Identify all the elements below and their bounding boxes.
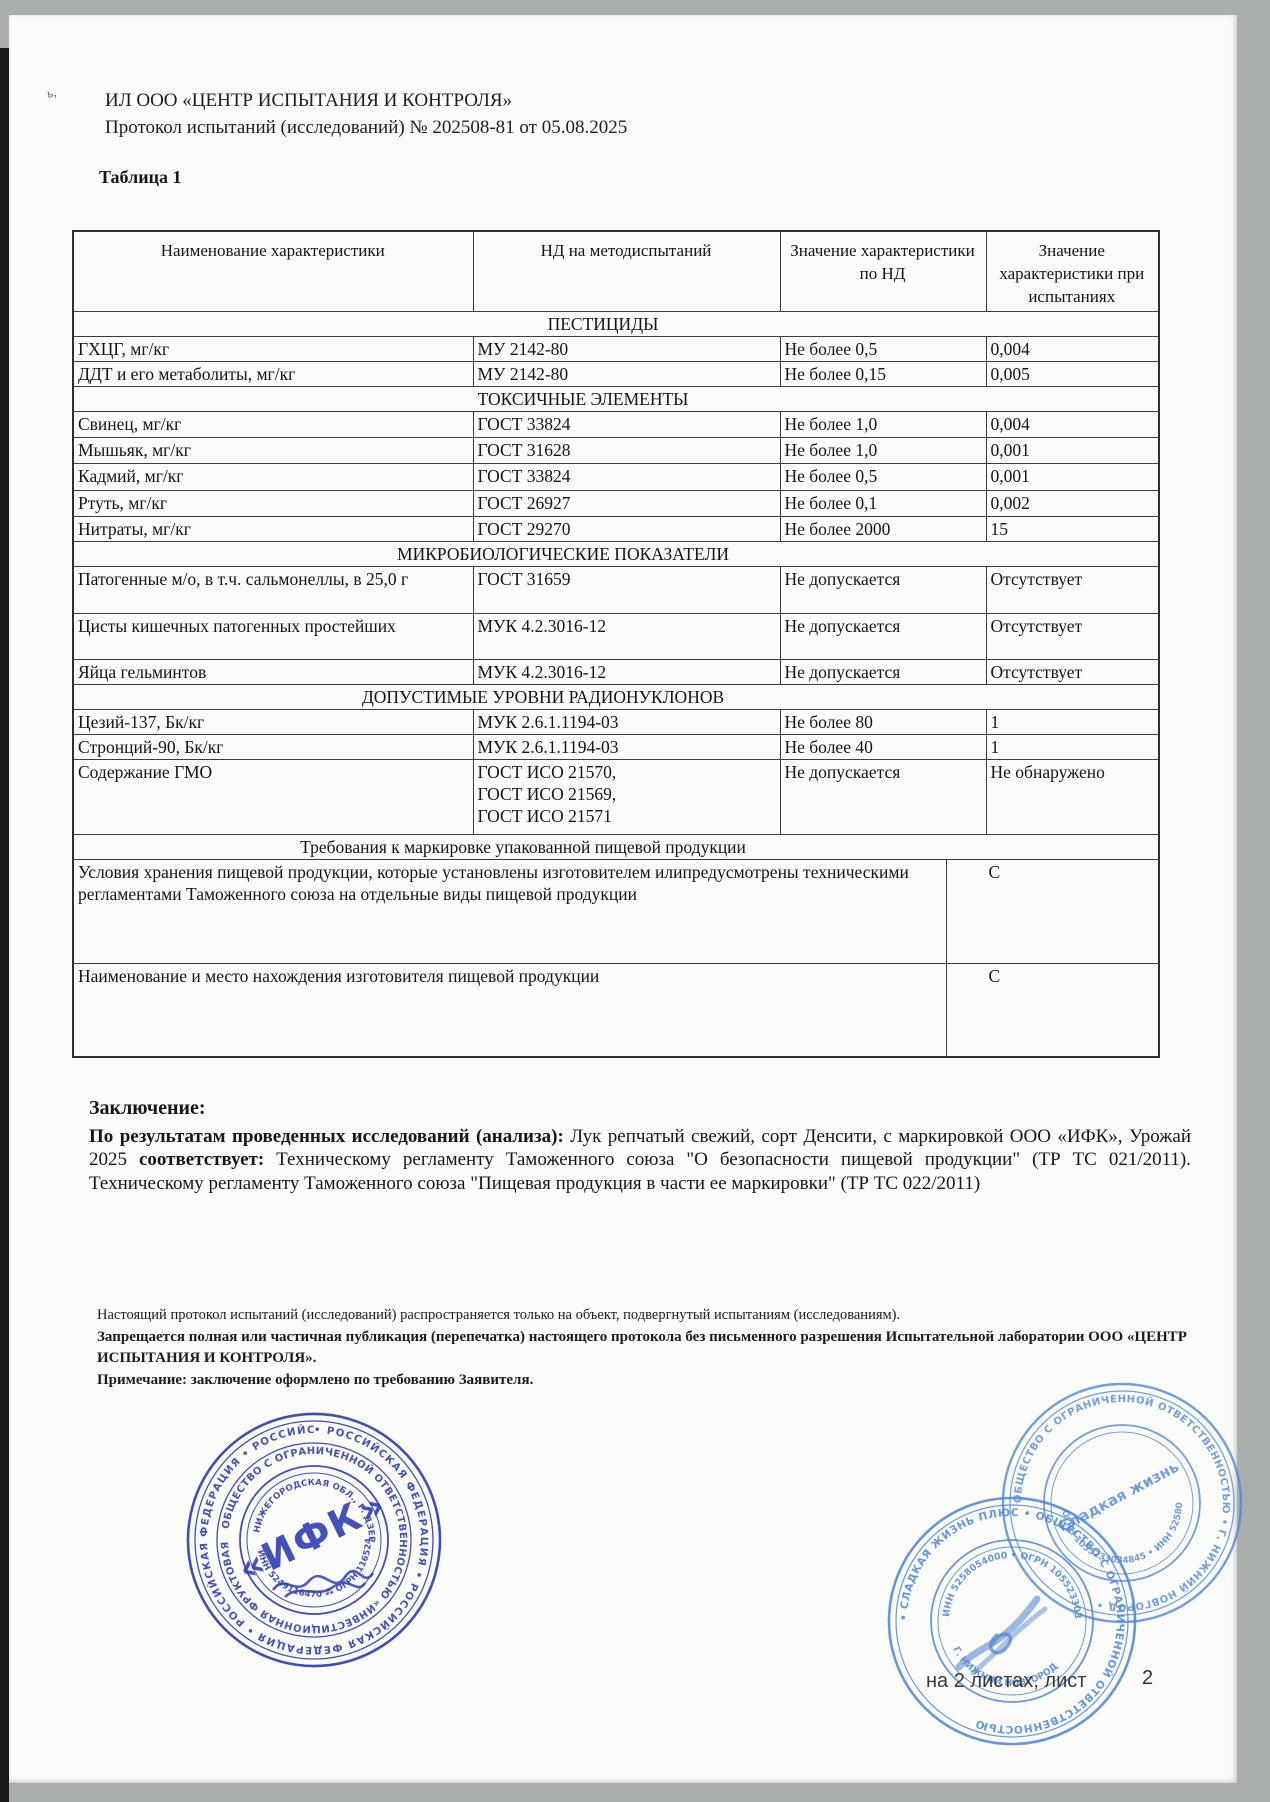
cell-result: 1	[986, 734, 1159, 759]
cell-norm: Не допускается	[780, 659, 986, 684]
cell-result: Не обнаружено	[986, 759, 1159, 834]
cell-name: Цисты кишечных патогенных простейших	[73, 613, 473, 659]
cell-method: ГОСТ 26927	[473, 490, 780, 516]
results-table-wrap: Наименование характеристики НД на методи…	[72, 230, 1160, 1058]
cell-method: ГОСТ 31659	[473, 566, 780, 613]
cell-norm: Не допускается	[780, 566, 986, 613]
sladkaya-zhizn-stamps: ОБЩЕСТВО С ОГРАНИЧЕННОЙ ОТВЕТСТВЕННОСТЬЮ…	[831, 1351, 1251, 1771]
cell-name: Нитраты, мг/кг	[73, 516, 473, 541]
cell-method: МУК 2.6.1.1194-03	[473, 709, 780, 734]
results-table: Наименование характеристики НД на методи…	[72, 230, 1160, 1058]
stamp-b-outer-circle	[889, 1498, 1135, 1744]
table-row: Мышьяк, мг/кг ГОСТ 31628 Не более 1,0 0,…	[73, 437, 1159, 463]
cell-norm: Не более 1,0	[780, 411, 986, 437]
cell-norm: Не более 40	[780, 734, 986, 759]
marking-row: Наименование и место нахождения изготови…	[73, 963, 1159, 1057]
marking-section-title: Требования к маркировке упакованной пище…	[73, 834, 1159, 859]
section-row: ДОПУСТИМЫЕ УРОВНИ РАДИОНУКЛОНОВ	[73, 684, 1159, 709]
cell-method: ГОСТ 29270	[473, 516, 780, 541]
stamp-a-center-text: Сладкая жизнь	[1056, 1458, 1182, 1537]
conclusion-verdict: соответствует:	[139, 1149, 264, 1170]
sheets-count-note: на 2 листах, лист	[926, 1670, 1086, 1693]
footer-note-1: Настоящий протокол испытаний (исследован…	[97, 1305, 1197, 1326]
section-row: Требования к маркировке упакованной пище…	[73, 834, 1159, 859]
cell-norm: Не более 0,5	[780, 463, 986, 490]
document-header: ИЛ ООО «ЦЕНТР ИСПЫТАНИЯ И КОНТРОЛЯ» Прот…	[105, 87, 1005, 141]
cell-norm: Не более 1,0	[780, 437, 986, 463]
cell-result: 0,001	[986, 437, 1159, 463]
section-row: ПЕСТИЦИДЫ	[73, 311, 1159, 336]
table-row: Ртуть, мг/кг ГОСТ 26927 Не более 0,1 0,0…	[73, 490, 1159, 516]
table-row: ДДТ и его метаболиты, мг/кг МУ 2142-80 Н…	[73, 361, 1159, 386]
cell-method: ГОСТ 33824	[473, 411, 780, 437]
cell-name: Ртуть, мг/кг	[73, 490, 473, 516]
cell-norm: Не более 0,5	[780, 336, 986, 361]
cell-result: 0,004	[986, 411, 1159, 437]
cell-method: МУК 4.2.3016-12	[473, 613, 780, 659]
scan-artifact-mark: ь,	[45, 84, 57, 102]
cell-norm: Не более 0,15	[780, 361, 986, 386]
cell-name: Стронций-90, Бк/кг	[73, 734, 473, 759]
table-row: Кадмий, мг/кг ГОСТ 33824 Не более 0,5 0,…	[73, 463, 1159, 490]
cell-method-multiline: ГОСТ ИСО 21570, ГОСТ ИСО 21569, ГОСТ ИСО…	[473, 759, 780, 834]
cell-norm: Не более 2000	[780, 516, 986, 541]
cell-norm: Не более 0,1	[780, 490, 986, 516]
document-page: ь, ИЛ ООО «ЦЕНТР ИСПЫТАНИЯ И КОНТРОЛЯ» П…	[9, 15, 1237, 1783]
conclusion-lead: По результатам проведенных исследований …	[89, 1126, 564, 1147]
col-header-result: Значение характеристики при испытаниях	[986, 231, 1159, 311]
marking-value: С	[946, 859, 1159, 963]
table-row: Свинец, мг/кг ГОСТ 33824 Не более 1,0 0,…	[73, 411, 1159, 437]
method-line: ГОСТ ИСО 21569,	[478, 783, 775, 805]
table-row: Стронций-90, Бк/кг МУК 2.6.1.1194-03 Не …	[73, 734, 1159, 759]
marking-text: Условия хранения пищевой продукции, кото…	[73, 859, 946, 963]
cell-result: 0,002	[986, 490, 1159, 516]
cell-result: 15	[986, 516, 1159, 541]
cell-name: Свинец, мг/кг	[73, 411, 473, 437]
table-row: Содержание ГМО ГОСТ ИСО 21570, ГОСТ ИСО …	[73, 759, 1159, 834]
cell-method: МУ 2142-80	[473, 361, 780, 386]
table-caption: Таблица 1	[99, 167, 181, 188]
table-row: ГХЦГ, мг/кг МУ 2142-80 Не более 0,5 0,00…	[73, 336, 1159, 361]
section-title: ДОПУСТИМЫЕ УРОВНИ РАДИОНУКЛОНОВ	[73, 684, 1159, 709]
scan-edge-strip	[0, 48, 9, 1802]
cell-result: Отсутствует	[986, 613, 1159, 659]
cell-name: Кадмий, мг/кг	[73, 463, 473, 490]
marking-row: Условия хранения пищевой продукции, кото…	[73, 859, 1159, 963]
marking-text: Наименование и место нахождения изготови…	[73, 963, 946, 1057]
cell-name: ДДТ и его метаболиты, мг/кг	[73, 361, 473, 386]
table-row: Нитраты, мг/кг ГОСТ 29270 Не более 2000 …	[73, 516, 1159, 541]
cell-method: ГОСТ 31628	[473, 437, 780, 463]
protocol-number-line: Протокол испытаний (исследований) № 2025…	[105, 114, 1005, 141]
page-number: 2	[1142, 1667, 1153, 1690]
cell-method: ГОСТ 33824	[473, 463, 780, 490]
col-header-method: НД на методиспытаний	[473, 231, 780, 311]
table-header-row: Наименование характеристики НД на методи…	[73, 231, 1159, 311]
table-row: Цезий-137, Бк/кг МУК 2.6.1.1194-03 Не бо…	[73, 709, 1159, 734]
cell-norm: Не допускается	[780, 759, 986, 834]
col-header-norm: Значение характеристики по НД	[780, 231, 986, 311]
cell-name: Цезий-137, Бк/кг	[73, 709, 473, 734]
cell-norm: Не допускается	[780, 613, 986, 659]
stamp-b-ring-text: • СЛАДКАЯ ЖИЗНЬ ПЛЮС • ОБЩЕСТВО С ОГРАНИ…	[898, 1507, 1126, 1735]
cell-result: Отсутствует	[986, 659, 1159, 684]
cell-result: 0,001	[986, 463, 1159, 490]
lab-name: ИЛ ООО «ЦЕНТР ИСПЫТАНИЯ И КОНТРОЛЯ»	[105, 87, 1005, 114]
cell-name: Мышьяк, мг/кг	[73, 437, 473, 463]
method-line: ГОСТ ИСО 21570,	[478, 761, 775, 783]
cell-name: Яйца гельминтов	[73, 659, 473, 684]
cell-result: 0,005	[986, 361, 1159, 386]
table-row: Яйца гельминтов МУК 4.2.3016-12 Не допус…	[73, 659, 1159, 684]
section-title: МИКРОБИОЛОГИЧЕСКИЕ ПОКАЗАТЕЛИ	[73, 541, 1159, 566]
marking-value: С	[946, 963, 1159, 1057]
col-header-name: Наименование характеристики	[73, 231, 473, 311]
cell-result: Отсутствует	[986, 566, 1159, 613]
section-row: МИКРОБИОЛОГИЧЕСКИЕ ПОКАЗАТЕЛИ	[73, 541, 1159, 566]
cell-method: МУК 2.6.1.1194-03	[473, 734, 780, 759]
cell-norm: Не более 80	[780, 709, 986, 734]
cell-name: Патогенные м/о, в т.ч. сальмонеллы, в 25…	[73, 566, 473, 613]
cell-result: 1	[986, 709, 1159, 734]
conclusion-heading: Заключение:	[89, 1097, 1191, 1121]
table-row: Цисты кишечных патогенных простейших МУК…	[73, 613, 1159, 659]
cell-result: 0,004	[986, 336, 1159, 361]
section-row: ТОКСИЧНЫЕ ЭЛЕМЕНТЫ	[73, 386, 1159, 411]
cell-method: МУК 4.2.3016-12	[473, 659, 780, 684]
cell-method: МУ 2142-80	[473, 336, 780, 361]
method-line: ГОСТ ИСО 21571	[478, 805, 775, 827]
table-row: Патогенные м/о, в т.ч. сальмонеллы, в 25…	[73, 566, 1159, 613]
section-title: ПЕСТИЦИДЫ	[73, 311, 1159, 336]
ifk-company-stamp: • РОССИЙСКАЯ ФЕДЕРАЦИЯ • РОССИЙСКАЯ ФЕДЕ…	[181, 1407, 447, 1673]
cell-name: Содержание ГМО	[73, 759, 473, 834]
cell-name: ГХЦГ, мг/кг	[73, 336, 473, 361]
conclusion-block: Заключение: По результатам проведенных и…	[89, 1097, 1191, 1195]
section-title: ТОКСИЧНЫЕ ЭЛЕМЕНТЫ	[73, 386, 1159, 411]
